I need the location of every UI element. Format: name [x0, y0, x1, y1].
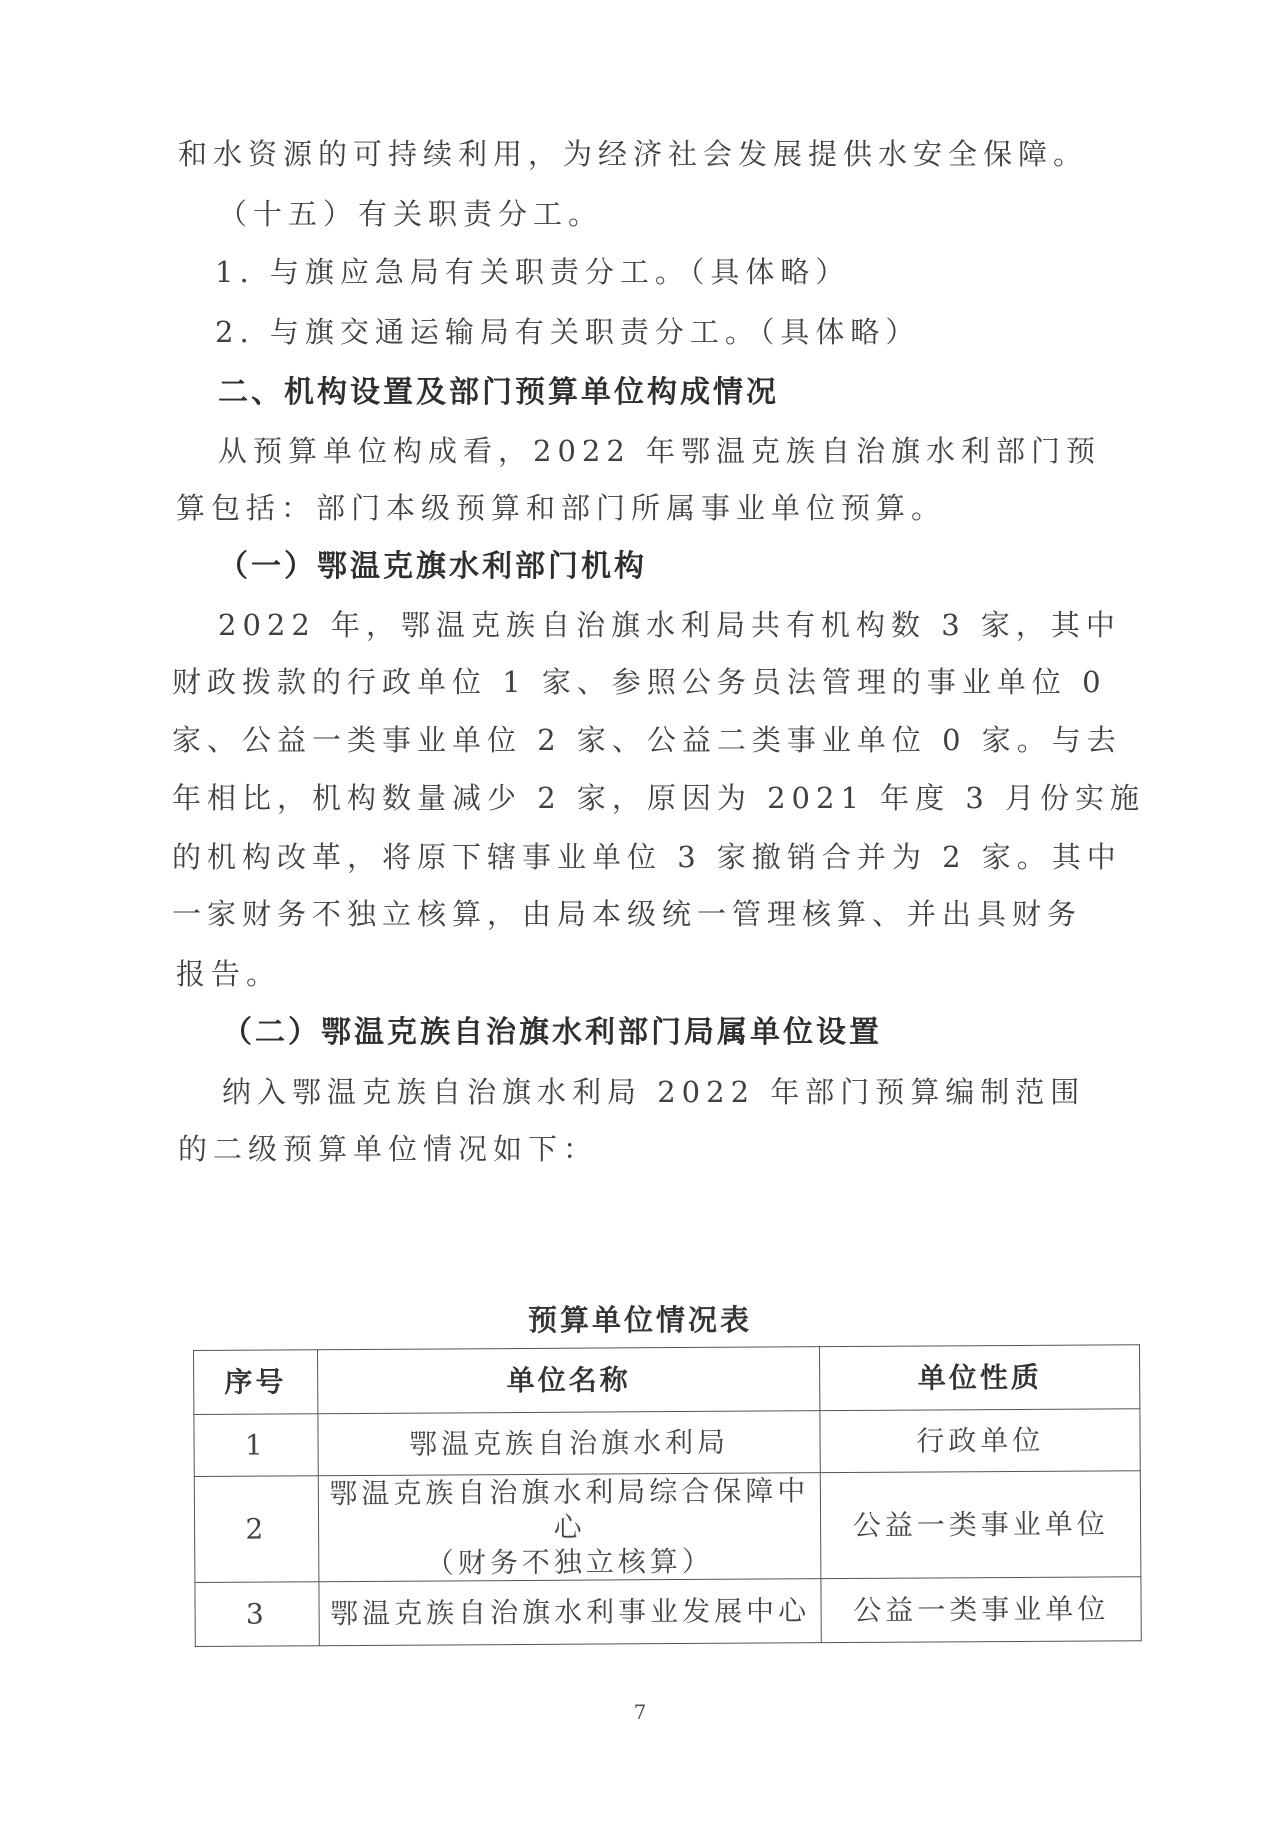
subsection-heading: （一）鄂温克旗水利部门机构: [218, 552, 647, 582]
cell-unit-name: 鄂温克族自治旗水利局: [317, 1411, 820, 1476]
header-serial-number: 序号: [194, 1350, 318, 1415]
paragraph-line: 一家财务不独立核算，由局本级统一管理核算、并出具财务: [172, 900, 1082, 929]
list-item-1: 1. 与旗应急局有关职责分工。（具体略）: [215, 258, 850, 287]
unit-name: 鄂温克族自治旗水利局综合保障中心: [318, 1473, 820, 1546]
paragraph-line: 财政拨款的行政单位 1 家、参照公务员法管理的事业单位 0: [172, 668, 1107, 697]
table-row: 1 鄂温克族自治旗水利局 行政单位: [194, 1409, 1140, 1477]
cell-unit-type: 公益一类事业单位: [821, 1471, 1141, 1579]
cell-unit-type: 行政单位: [820, 1409, 1140, 1473]
cell-serial-number: 2: [194, 1476, 318, 1583]
paragraph-line: 2022 年，鄂温克族自治旗水利局共有机构数 3 家，其中: [218, 611, 1121, 640]
paragraph-line: 和水资源的可持续利用，为经济社会发展提供水安全保障。: [178, 140, 1088, 169]
table-row: 3 鄂温克族自治旗水利事业发展中心 公益一类事业单位: [195, 1577, 1141, 1647]
paragraph-line: 算包括：部门本级预算和部门所属事业单位预算。: [176, 494, 946, 523]
paragraph-line: 的二级预算单位情况如下：: [178, 1135, 598, 1164]
header-unit-type: 单位性质: [820, 1345, 1140, 1411]
cell-serial-number: 3: [195, 1582, 319, 1647]
unit-name-note: （财务不独立核算）: [319, 1543, 821, 1581]
list-item-2: 2. 与旗交通运输局有关职责分工。（具体略）: [215, 318, 920, 347]
paragraph-line: 家、公益一类事业单位 2 家、公益二类事业单位 0 家。与去: [172, 726, 1122, 755]
paragraph-line: 报告。: [176, 960, 281, 989]
table-title: 预算单位情况表: [0, 1298, 1280, 1339]
page-number: 7: [0, 1700, 1280, 1724]
section-heading: 二、机构设置及部门预算单位构成情况: [218, 378, 779, 408]
paragraph-line: 的机构改革，将原下辖事业单位 3 家撤销合并为 2 家。其中: [172, 843, 1122, 872]
header-unit-name: 单位名称: [317, 1347, 820, 1414]
cell-unit-name: 鄂温克族自治旗水利事业发展中心: [318, 1579, 821, 1646]
cell-unit-type: 公益一类事业单位: [821, 1577, 1141, 1643]
cell-unit-name: 鄂温克族自治旗水利局综合保障中心 （财务不独立核算）: [318, 1473, 821, 1582]
subsection-heading: （二）鄂温克族自治旗水利部门局属单位设置: [222, 1018, 882, 1048]
cell-serial-number: 1: [194, 1414, 318, 1477]
table-header-row: 序号 单位名称 单位性质: [194, 1345, 1140, 1415]
paragraph-line: 年相比，机构数量减少 2 家，原因为 2021 年度 3 月份实施: [172, 784, 1145, 813]
section-item-15: （十五）有关职责分工。: [218, 200, 603, 229]
paragraph-line: 从预算单位构成看，2022 年鄂温克族自治旗水利部门预: [218, 437, 1101, 466]
budget-units-table: 序号 单位名称 单位性质 1 鄂温克族自治旗水利局 行政单位 2 鄂温克族自治旗…: [193, 1344, 1142, 1647]
paragraph-line: 纳入鄂温克族自治旗水利局 2022 年部门预算编制范围: [222, 1078, 1085, 1107]
table-row: 2 鄂温克族自治旗水利局综合保障中心 （财务不独立核算） 公益一类事业单位: [194, 1471, 1141, 1583]
